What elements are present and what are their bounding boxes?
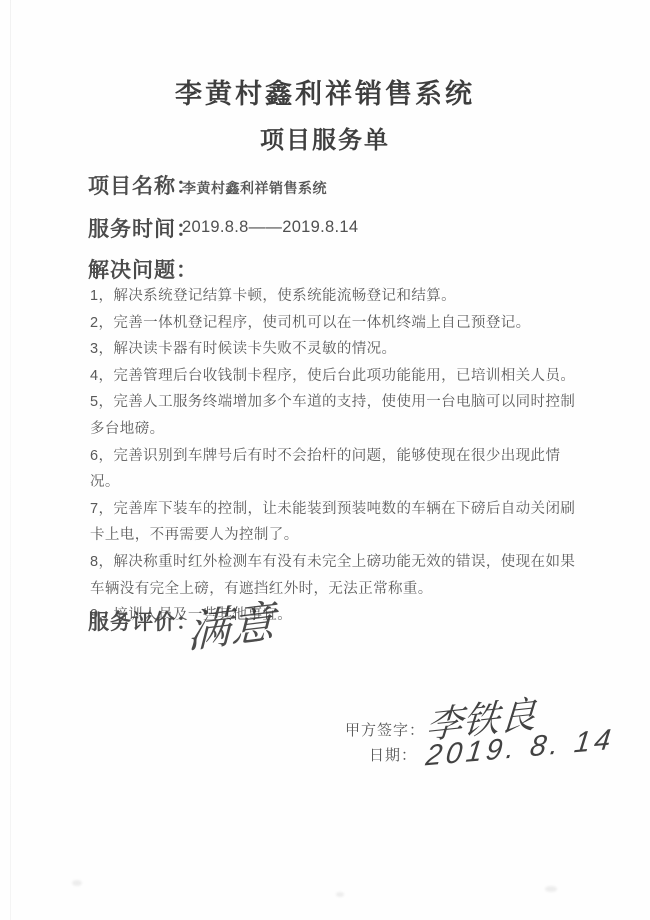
party-signature-label: 甲方签字： [345, 719, 425, 740]
issue-item: 1，解决系统登记结算卡顿，使系统能流畅登记和结算。 [90, 283, 586, 310]
project-name-value: 李黄村鑫利祥销售系统 [182, 178, 327, 198]
issues-list: 1，解决系统登记结算卡顿，使系统能流畅登记和结算。 2，完善一体机登记程序，使司… [90, 283, 586, 629]
issue-item: 4，完善管理后台收钱制卡程序，使后台此项功能能用，已培训相关人员。 [90, 363, 586, 390]
scan-noise [336, 892, 344, 897]
issue-item: 8，解决称重时红外检测车有没有未完全上磅功能无效的错误，使现在如果车辆没有完全上… [90, 549, 586, 602]
scanned-service-form: 李黄村鑫利祥销售系统 项目服务单 项目名称： 李黄村鑫利祥销售系统 服务时间： … [0, 0, 650, 920]
issue-item: 5，完善人工服务终端增加多个车道的支持，使使用一台电脑可以同时控制多台地磅。 [90, 389, 586, 442]
document-subtitle: 项目服务单 [0, 120, 650, 155]
issue-item: 6，完善识别到车牌号后有时不会抬杆的问题，能够使现在很少出现此情况。 [90, 443, 586, 496]
evaluation-handwritten-text: 满意 [187, 585, 275, 660]
issue-item: 2，完善一体机登记程序，使司机可以在一体机终端上自己预登记。 [90, 310, 586, 337]
issues-section-label: 解决问题： [88, 254, 198, 284]
date-label: 日期： [369, 744, 417, 765]
service-time-value: 2019.8.8——2019.8.14 [182, 218, 358, 237]
evaluation-label: 服务评价： [88, 606, 198, 636]
issue-item: 3，解决读卡器有时候读卡失败不灵敏的情况。 [90, 336, 586, 363]
scan-noise [72, 880, 82, 886]
issue-item: 7，完善库下装车的控制，让未能装到预装吨数的车辆在下磅后自动关闭刷卡上电，不再需… [90, 496, 586, 549]
document-title: 李黄村鑫利祥销售系统 [0, 72, 650, 111]
scan-noise [545, 886, 557, 892]
